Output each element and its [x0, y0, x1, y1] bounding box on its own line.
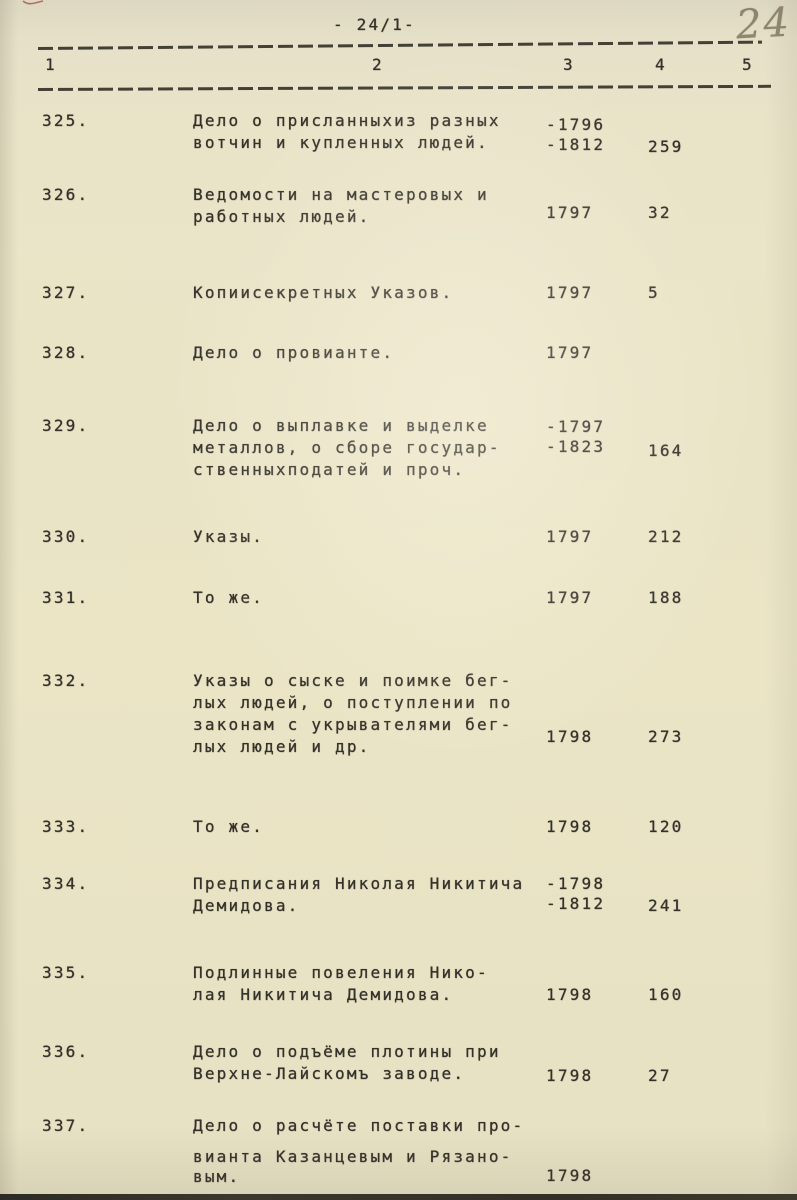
entry-page-count: 259 — [648, 137, 684, 156]
entry-page-count: 164 — [648, 441, 684, 460]
entry-number: 331. — [42, 588, 89, 607]
entry-description-line: Дело о присланныхиз разных — [193, 111, 501, 130]
entry-year: -1798 — [546, 874, 605, 893]
entry-year: -1796 — [546, 115, 605, 134]
entry-description-line: Демидова. — [193, 896, 300, 915]
entry-page-count: 27 — [648, 1066, 672, 1085]
page-number-typed: - 24/1- — [333, 15, 416, 34]
entry-page-count: 32 — [648, 203, 672, 222]
table-rule-top — [38, 41, 762, 50]
entry-year: 1798 — [546, 817, 593, 836]
entry-description-line: То же. — [193, 588, 264, 607]
entry-year: 1797 — [546, 203, 593, 222]
entry-number: 326. — [42, 185, 89, 204]
entry-description-line: вианта Казанцевым и Рязано- — [193, 1147, 513, 1166]
entry-year: -1797 — [546, 417, 605, 436]
entry-year: 1798 — [546, 1066, 593, 1085]
entry-number: 328. — [42, 343, 89, 362]
entry-description-line: Дело о провианте. — [193, 343, 394, 362]
entry-description-line: Верхне-Лайскомъ заводе. — [193, 1064, 465, 1083]
entry-description-line: Указы о сыске и поимке бег- — [193, 671, 513, 690]
entry-number: 329. — [42, 416, 89, 435]
entry-description-line: Дело о подъёме плотины при — [193, 1042, 501, 1061]
entry-number: 337. — [42, 1116, 89, 1135]
entry-description-line: законам с укрывателями бег- — [193, 715, 513, 734]
entry-number: 336. — [42, 1042, 89, 1061]
column-header-1: 1 — [45, 55, 57, 74]
column-header-2: 2 — [372, 55, 384, 74]
entry-year: -1823 — [546, 437, 605, 456]
entry-page-count: 241 — [648, 896, 684, 915]
entry-number: 333. — [42, 817, 89, 836]
pen-mark-icon — [20, 0, 46, 10]
entry-description-line: лых людей и др. — [193, 737, 371, 756]
entry-year: 1797 — [546, 527, 593, 546]
scan-edge-strip — [0, 1194, 797, 1200]
entry-description-line: Подлинные повеления Нико- — [193, 963, 489, 982]
column-header-5: 5 — [742, 55, 754, 74]
entry-description-line: лых людей, о поступлении по — [193, 693, 513, 712]
entry-description-line: вым. — [193, 1167, 240, 1186]
entry-description-line: То же. — [193, 817, 264, 836]
entry-page-count: 160 — [648, 985, 684, 1004]
entry-description-line: лая Никитича Демидова. — [193, 985, 453, 1004]
entry-page-count: 5 — [648, 283, 660, 302]
entry-number: 334. — [42, 874, 89, 893]
entry-year: 1798 — [546, 727, 593, 746]
entry-description-line: Ведомости на мастеровых и — [193, 185, 489, 204]
entry-description-line: металлов, о сборе государ- — [193, 438, 501, 457]
entry-page-count: 120 — [648, 817, 684, 836]
column-header-4: 4 — [655, 55, 667, 74]
entry-description-line: Копиисекретных Указов. — [193, 283, 453, 302]
entry-page-count: 212 — [648, 527, 684, 546]
entry-description-line: ственныхподатей и проч. — [193, 460, 465, 479]
entry-number: 327. — [42, 283, 89, 302]
column-header-3: 3 — [563, 55, 575, 74]
entry-year: 1797 — [546, 343, 593, 362]
entry-description-line: Предписания Николая Никитича — [193, 874, 524, 893]
entry-year: 1797 — [546, 588, 593, 607]
entry-number: 325. — [42, 111, 89, 130]
entry-page-count: 273 — [648, 727, 684, 746]
entry-number: 330. — [42, 527, 89, 546]
scanned-inventory-page: - 24/1- 24 1 2 3 4 5 325.Дело о присланн… — [0, 0, 797, 1200]
entry-description-line: Указы. — [193, 527, 264, 546]
entry-year: 1797 — [546, 283, 593, 302]
entry-year: -1812 — [546, 894, 605, 913]
table-rule-bottom — [38, 85, 771, 91]
entry-description-line: Дело о расчёте поставки про- — [193, 1116, 524, 1135]
entry-year: -1812 — [546, 135, 605, 154]
entry-description-line: вотчин и купленных людей. — [193, 133, 489, 152]
entry-number: 332. — [42, 671, 89, 690]
entry-number: 335. — [42, 963, 89, 982]
entry-description-line: работных людей. — [193, 207, 371, 226]
entry-year: 1798 — [546, 985, 593, 1004]
entry-description-line: Дело о выплавке и выделке — [193, 416, 489, 435]
entry-page-count: 188 — [648, 588, 684, 607]
entry-year: 1798 — [546, 1166, 593, 1185]
